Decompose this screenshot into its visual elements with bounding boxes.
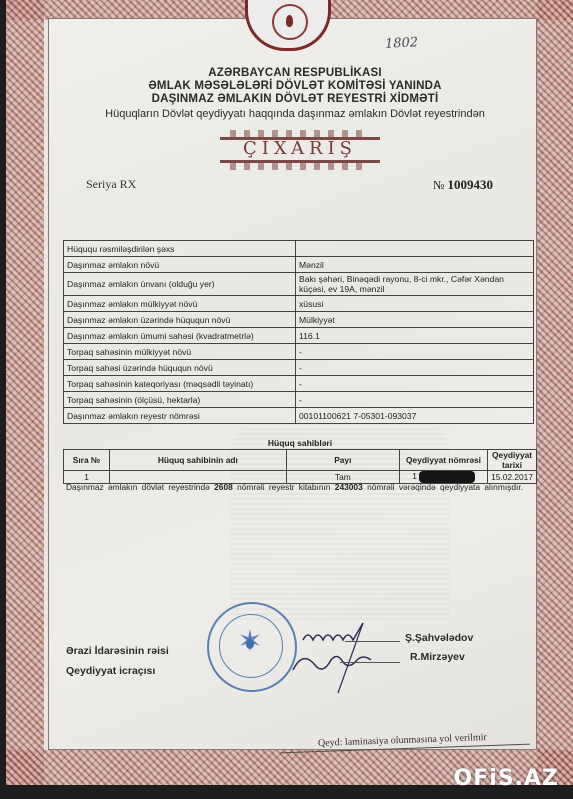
- info-label: Daşınmaz əmlakın üzərində hüququn növü: [64, 312, 296, 328]
- info-label: Torpaq sahəsinin (ölçüsü, hektarla): [64, 392, 296, 408]
- col-owner-name: Hüquq sahibinin adı: [110, 450, 287, 471]
- col-index: Sıra №: [64, 450, 110, 471]
- document-title: ÇIXARIŞ: [220, 138, 380, 159]
- info-value: 00101100621 7-05301-093037: [296, 408, 534, 424]
- info-row: Torpaq sahəsinin (ölçüsü, hektarla)-: [64, 392, 534, 408]
- signature-line-1: [345, 641, 400, 642]
- info-row: Daşınmaz əmlakın ünvanı (olduğu yer)Bakı…: [64, 273, 534, 296]
- owners-table: Sıra № Hüquq sahibinin adı Payı Qeydiyya…: [63, 449, 537, 484]
- title-ornament-top: [230, 130, 370, 137]
- info-row: Daşınmaz əmlakın üzərində hüququn növüMü…: [64, 312, 534, 328]
- stamp-flame-icon: [246, 639, 254, 649]
- info-label: Daşınmaz əmlakın ünvanı (olduğu yer): [64, 273, 296, 296]
- info-row: Daşınmaz əmlakın mülkiyyət növüxüsusi: [64, 296, 534, 312]
- series-label: Seriya RX: [86, 177, 136, 192]
- info-label: Hüququ rəsmiləşdirilən şəxs: [64, 241, 296, 257]
- info-row: Torpaq sahəsinin mülkiyyət növü-: [64, 344, 534, 360]
- signatory-role-1: Ərazi İdarəsinin rəisi: [66, 645, 169, 657]
- emblem-star-icon: [272, 4, 308, 40]
- info-label: Daşınmaz əmlakın növü: [64, 257, 296, 273]
- registry-statement: Daşınmaz əmlakın dövlət reyestrində 2608…: [66, 481, 528, 493]
- info-value: Mülkiyyət: [296, 312, 534, 328]
- header-subtitle: Hüquqların Dövlət qeydiyyatı haqqında da…: [60, 108, 530, 120]
- guilloche-border-left: [6, 0, 44, 785]
- owners-table-title: Hüquq sahibləri: [60, 438, 540, 448]
- registry-book-number: 2608: [214, 482, 233, 492]
- info-label: Daşınmaz əmlakın mülkiyyət növü: [64, 296, 296, 312]
- site-watermark: OFiS.AZ: [454, 766, 559, 791]
- info-value: Mənzil: [296, 257, 534, 273]
- number-prefix: №: [433, 178, 444, 192]
- col-reg-number: Qeydiyyat nömrəsi: [399, 450, 487, 471]
- col-reg-date: Qeydiyyat tarixi: [488, 450, 537, 471]
- info-value: -: [296, 360, 534, 376]
- info-value: -: [296, 344, 534, 360]
- info-label: Torpaq sahəsinin kateqoriyası (məqsədli …: [64, 376, 296, 392]
- document-number: № 1009430: [433, 177, 493, 193]
- info-row: Daşınmaz əmlakın növüMənzil: [64, 257, 534, 273]
- registry-text-part1: Daşınmaz əmlakın dövlət reyestrində: [66, 482, 210, 492]
- header-line-3: DAŞINMAZ ƏMLAKIN DÖVLƏT REYESTRİ XİDMƏTİ: [60, 93, 530, 105]
- signature-line-2: [340, 662, 400, 663]
- info-row: Torpaq sahəsi üzərində hüququn növü-: [64, 360, 534, 376]
- info-label: Daşınmaz əmlakın reyestr nömrəsi: [64, 408, 296, 424]
- title-ornament-bottom: [230, 163, 370, 170]
- info-row: Hüququ rəsmiləşdirilən şəxs: [64, 241, 534, 257]
- number-value: 1009430: [447, 177, 493, 192]
- col-share: Payı: [286, 450, 399, 471]
- stamp-inner-ring: ✶: [219, 614, 283, 678]
- handwritten-note: 1802: [385, 35, 419, 52]
- header-line-2: ƏMLAK MƏSƏLƏLƏRİ DÖVLƏT KOMİTƏSİ YANINDA: [60, 80, 530, 92]
- signatory-role-2: Qeydiyyat icraçısı: [66, 665, 155, 677]
- reg-number-visible: 1: [412, 471, 417, 481]
- signatory-name-2: R.Mirzəyev: [410, 651, 465, 663]
- info-row: Daşınmaz əmlakın ümumi sahəsi (kvadratme…: [64, 328, 534, 344]
- property-info-table: Hüququ rəsmiləşdirilən şəxsDaşınmaz əmla…: [63, 240, 534, 424]
- document-title-block: ÇIXARIŞ: [220, 130, 380, 166]
- signatory-name-1: Ş.Şahvələdov: [405, 632, 473, 644]
- registry-page-number: 243003: [335, 482, 363, 492]
- registry-text-part2: nömrəli reyestr kitabının: [237, 482, 330, 492]
- info-label: Daşınmaz əmlakın ümumi sahəsi (kvadratme…: [64, 328, 296, 344]
- registry-text-part3: nömrəli vərəqində qeydiyyata alınmışdır.: [367, 482, 523, 492]
- info-value: 116.1: [296, 328, 534, 344]
- info-label: Torpaq sahəsi üzərində hüququn növü: [64, 360, 296, 376]
- header-line-1: AZƏRBAYCAN RESPUBLİKASI: [60, 67, 530, 79]
- info-row: Torpaq sahəsinin kateqoriyası (məqsədli …: [64, 376, 534, 392]
- info-label: Torpaq sahəsinin mülkiyyət növü: [64, 344, 296, 360]
- guilloche-border-right: [537, 0, 573, 785]
- info-row: Daşınmaz əmlakın reyestr nömrəsi00101100…: [64, 408, 534, 424]
- emblem-flame-icon: [286, 15, 293, 27]
- info-value: -: [296, 376, 534, 392]
- info-value: Bakı şəhəri, Binəqədi rayonu, 8-ci mkr.,…: [296, 273, 534, 296]
- info-value: -: [296, 392, 534, 408]
- info-value: [296, 241, 534, 257]
- signature-scribble-icon: [283, 615, 398, 695]
- owners-header-row: Sıra № Hüquq sahibinin adı Payı Qeydiyya…: [64, 450, 537, 471]
- info-value: xüsusi: [296, 296, 534, 312]
